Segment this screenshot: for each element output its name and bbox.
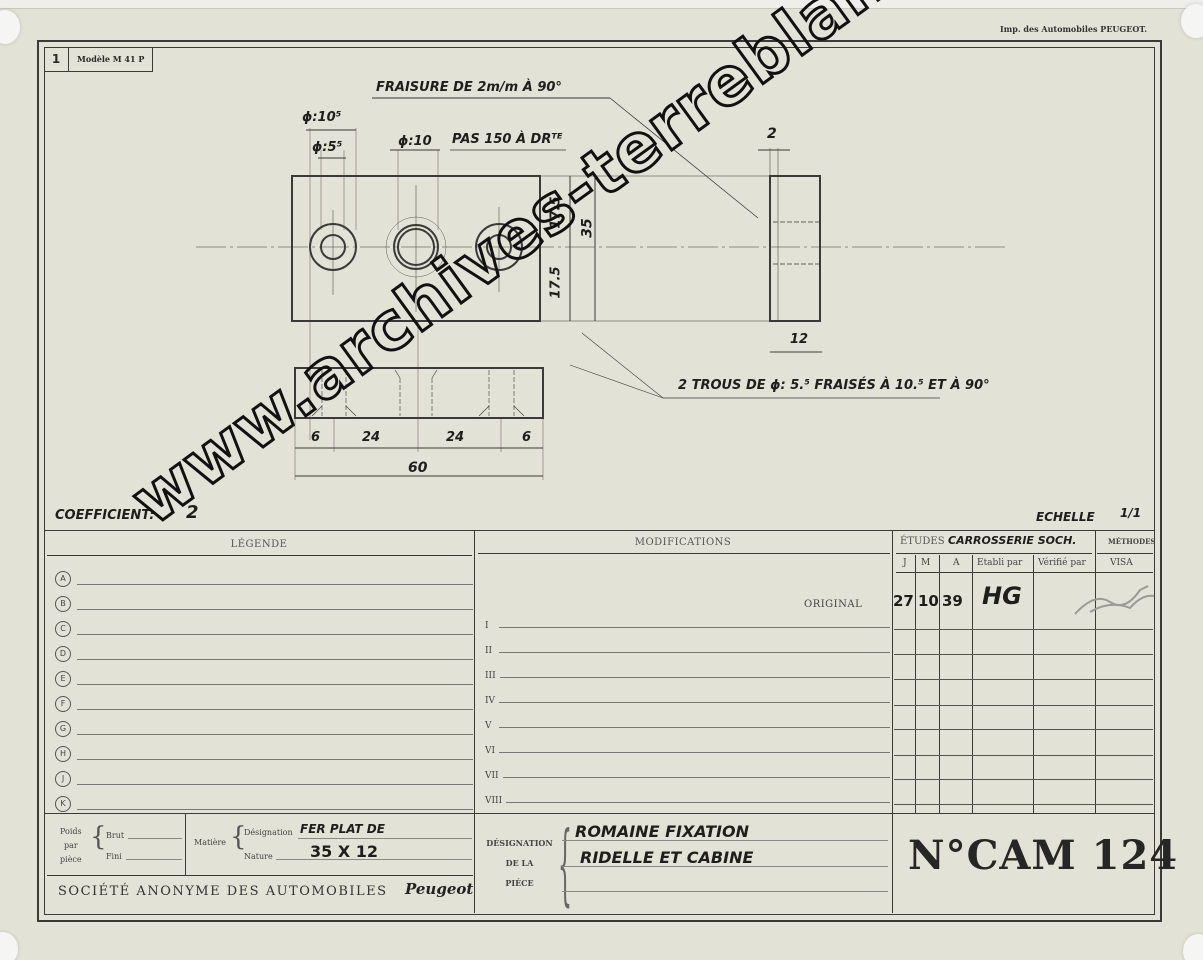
divider (892, 530, 893, 913)
legend-row: G (55, 716, 473, 741)
holes-note: 2 TROUS DE ϕ: 5.⁵ FRAISÉS À 10.⁵ ET À 90… (678, 378, 990, 393)
modification-row: VI (485, 733, 890, 758)
gross-weight-field (128, 838, 182, 839)
studies-department: CARROSSERIE SOCH. (948, 534, 1076, 547)
legend-row: C (55, 616, 473, 641)
bottom-row-border (44, 813, 1155, 814)
legend-letter: K (55, 796, 71, 812)
weight-label-line: Poids (60, 827, 82, 836)
entry-established-by-signature: HG (982, 582, 1022, 610)
legend-letter: F (55, 696, 71, 712)
col-year: A (953, 558, 960, 568)
nature-label: Nature (244, 852, 273, 861)
material-designation: FER PLAT DE (300, 822, 385, 836)
part-name-line1: ROMAINE FIXATION (575, 822, 749, 841)
brace-icon: { (558, 812, 572, 915)
methods-title: MÉTHODES (1108, 537, 1155, 546)
dim-seg-4: 6 (522, 430, 531, 445)
title-block-top-border (44, 530, 1155, 531)
mod-number: III (485, 671, 496, 683)
legend-letter: G (55, 721, 71, 737)
grid-line (939, 555, 940, 813)
legend-row: H (55, 741, 473, 766)
visa-signature-icon (1070, 582, 1160, 622)
drawing-sheet: Imp. des Automobiles PEUGEOT. 1 Modèle M… (0, 0, 1203, 960)
weight-label-line: pièce (60, 855, 82, 864)
studies-title: ÉTUDES (900, 536, 945, 547)
divider (896, 572, 1153, 573)
designation-field (298, 838, 472, 839)
grid-line (894, 654, 1153, 655)
grid-line (894, 729, 1153, 730)
legend-row: J (55, 766, 473, 791)
company-name: SOCIÉTÉ ANONYME DES AUTOMOBILES (58, 884, 388, 899)
grid-line (894, 705, 1153, 706)
divider (47, 875, 473, 876)
legend-letter: A (55, 571, 71, 587)
mod-number: VII (485, 771, 499, 783)
grid-line (1095, 530, 1096, 813)
legend-letter: J (55, 771, 71, 787)
part-number: N°CAM 124 (908, 832, 1178, 879)
col-verified-by: Vérifié par (1038, 558, 1086, 568)
entry-month: 10 (918, 592, 939, 610)
scale-label: ECHELLE (1036, 510, 1095, 524)
col-visa: VISA (1110, 558, 1133, 568)
dim-seg-1: 6 (311, 430, 320, 445)
weight-label-line: par (64, 841, 78, 850)
legend-letter: H (55, 746, 71, 762)
col-day: J (903, 558, 907, 568)
part-name-line2: RIDELLE ET CABINE (580, 848, 753, 867)
mod-number: I (485, 621, 495, 633)
grid-line (894, 679, 1153, 680)
legend-row: E (55, 666, 473, 691)
modification-row: VII (485, 758, 890, 783)
gross-weight-label: Brut (106, 831, 124, 840)
entry-year: 39 (942, 592, 963, 610)
scale-value: 1/1 (1120, 506, 1141, 520)
side-width-label: 12 (790, 332, 808, 347)
part-field-line (562, 891, 888, 892)
part-label: DÉSIGNATION DE LA PIÉCE (482, 833, 557, 893)
mod-number: IV (485, 696, 495, 708)
col-month: M (921, 558, 930, 568)
coefficient-label: COEFFICIENT: (55, 508, 155, 523)
net-weight-field (126, 859, 182, 860)
weight-label: Poids par pièce (60, 825, 82, 867)
center-hole-label: ϕ:10 (398, 134, 432, 149)
divider (478, 553, 890, 554)
part-label-line: DE LA (506, 858, 534, 868)
mod-number: V (485, 721, 495, 733)
part-label-line: PIÉCE (505, 878, 533, 888)
legend-letter: C (55, 621, 71, 637)
legend-row: D (55, 641, 473, 666)
legend-title: LÉGENDE (44, 539, 474, 550)
countersink-note: FRAISURE DE 2m/m À 90° (376, 80, 562, 95)
legend-letter: E (55, 671, 71, 687)
legend-letter: B (55, 596, 71, 612)
legend-row: F (55, 691, 473, 716)
nature-field (276, 859, 472, 860)
modification-row: V (485, 708, 890, 733)
thickness-label: 2 (767, 126, 777, 142)
entry-day: 27 (893, 592, 914, 610)
peugeot-logo: Peugeot (405, 880, 473, 898)
thread-pitch-label: PAS 150 À DRᵀᴱ (452, 132, 563, 147)
modification-row: III (485, 658, 890, 683)
grid-line (1033, 555, 1034, 813)
width-total-dim: 60 (408, 460, 427, 476)
part-label-line: DÉSIGNATION (486, 838, 552, 848)
material-label: Matière (194, 838, 226, 847)
grid-line (894, 804, 1153, 805)
grid-line (894, 779, 1153, 780)
half-lower-dim: 17.5 (549, 266, 564, 298)
net-weight-label: Fini (106, 852, 122, 861)
brace-icon: { (230, 822, 247, 852)
divider (185, 813, 186, 875)
outer-diameter-label: ϕ:10⁵ (302, 110, 341, 125)
part-field-line (562, 840, 888, 841)
divider (896, 553, 1092, 554)
modification-row: VIII (485, 783, 890, 808)
modification-row: II (485, 633, 890, 658)
divider (47, 555, 472, 556)
legend-row: A (55, 566, 473, 591)
divider (1097, 553, 1153, 554)
dim-seg-3: 24 (446, 430, 464, 445)
col-established-by: Etabli par (977, 558, 1022, 568)
part-field-line (562, 866, 888, 867)
dim-seg-2: 24 (362, 430, 380, 445)
modifications-title: MODIFICATIONS (474, 537, 892, 548)
divider (474, 530, 475, 913)
grid-line (972, 555, 973, 813)
grid-line (915, 555, 916, 813)
modification-row: I (485, 608, 890, 633)
mod-number: II (485, 646, 495, 658)
designation-label: Désignation (244, 828, 293, 837)
modification-row: IV (485, 683, 890, 708)
mod-number: VIII (485, 796, 502, 808)
grid-line (894, 755, 1153, 756)
grid-line (894, 629, 1153, 630)
mod-number: VI (485, 746, 495, 758)
brace-icon: { (90, 822, 107, 852)
legend-letter: D (55, 646, 71, 662)
inner-diameter-label: ϕ:5⁵ (312, 140, 342, 155)
legend-row: B (55, 591, 473, 616)
